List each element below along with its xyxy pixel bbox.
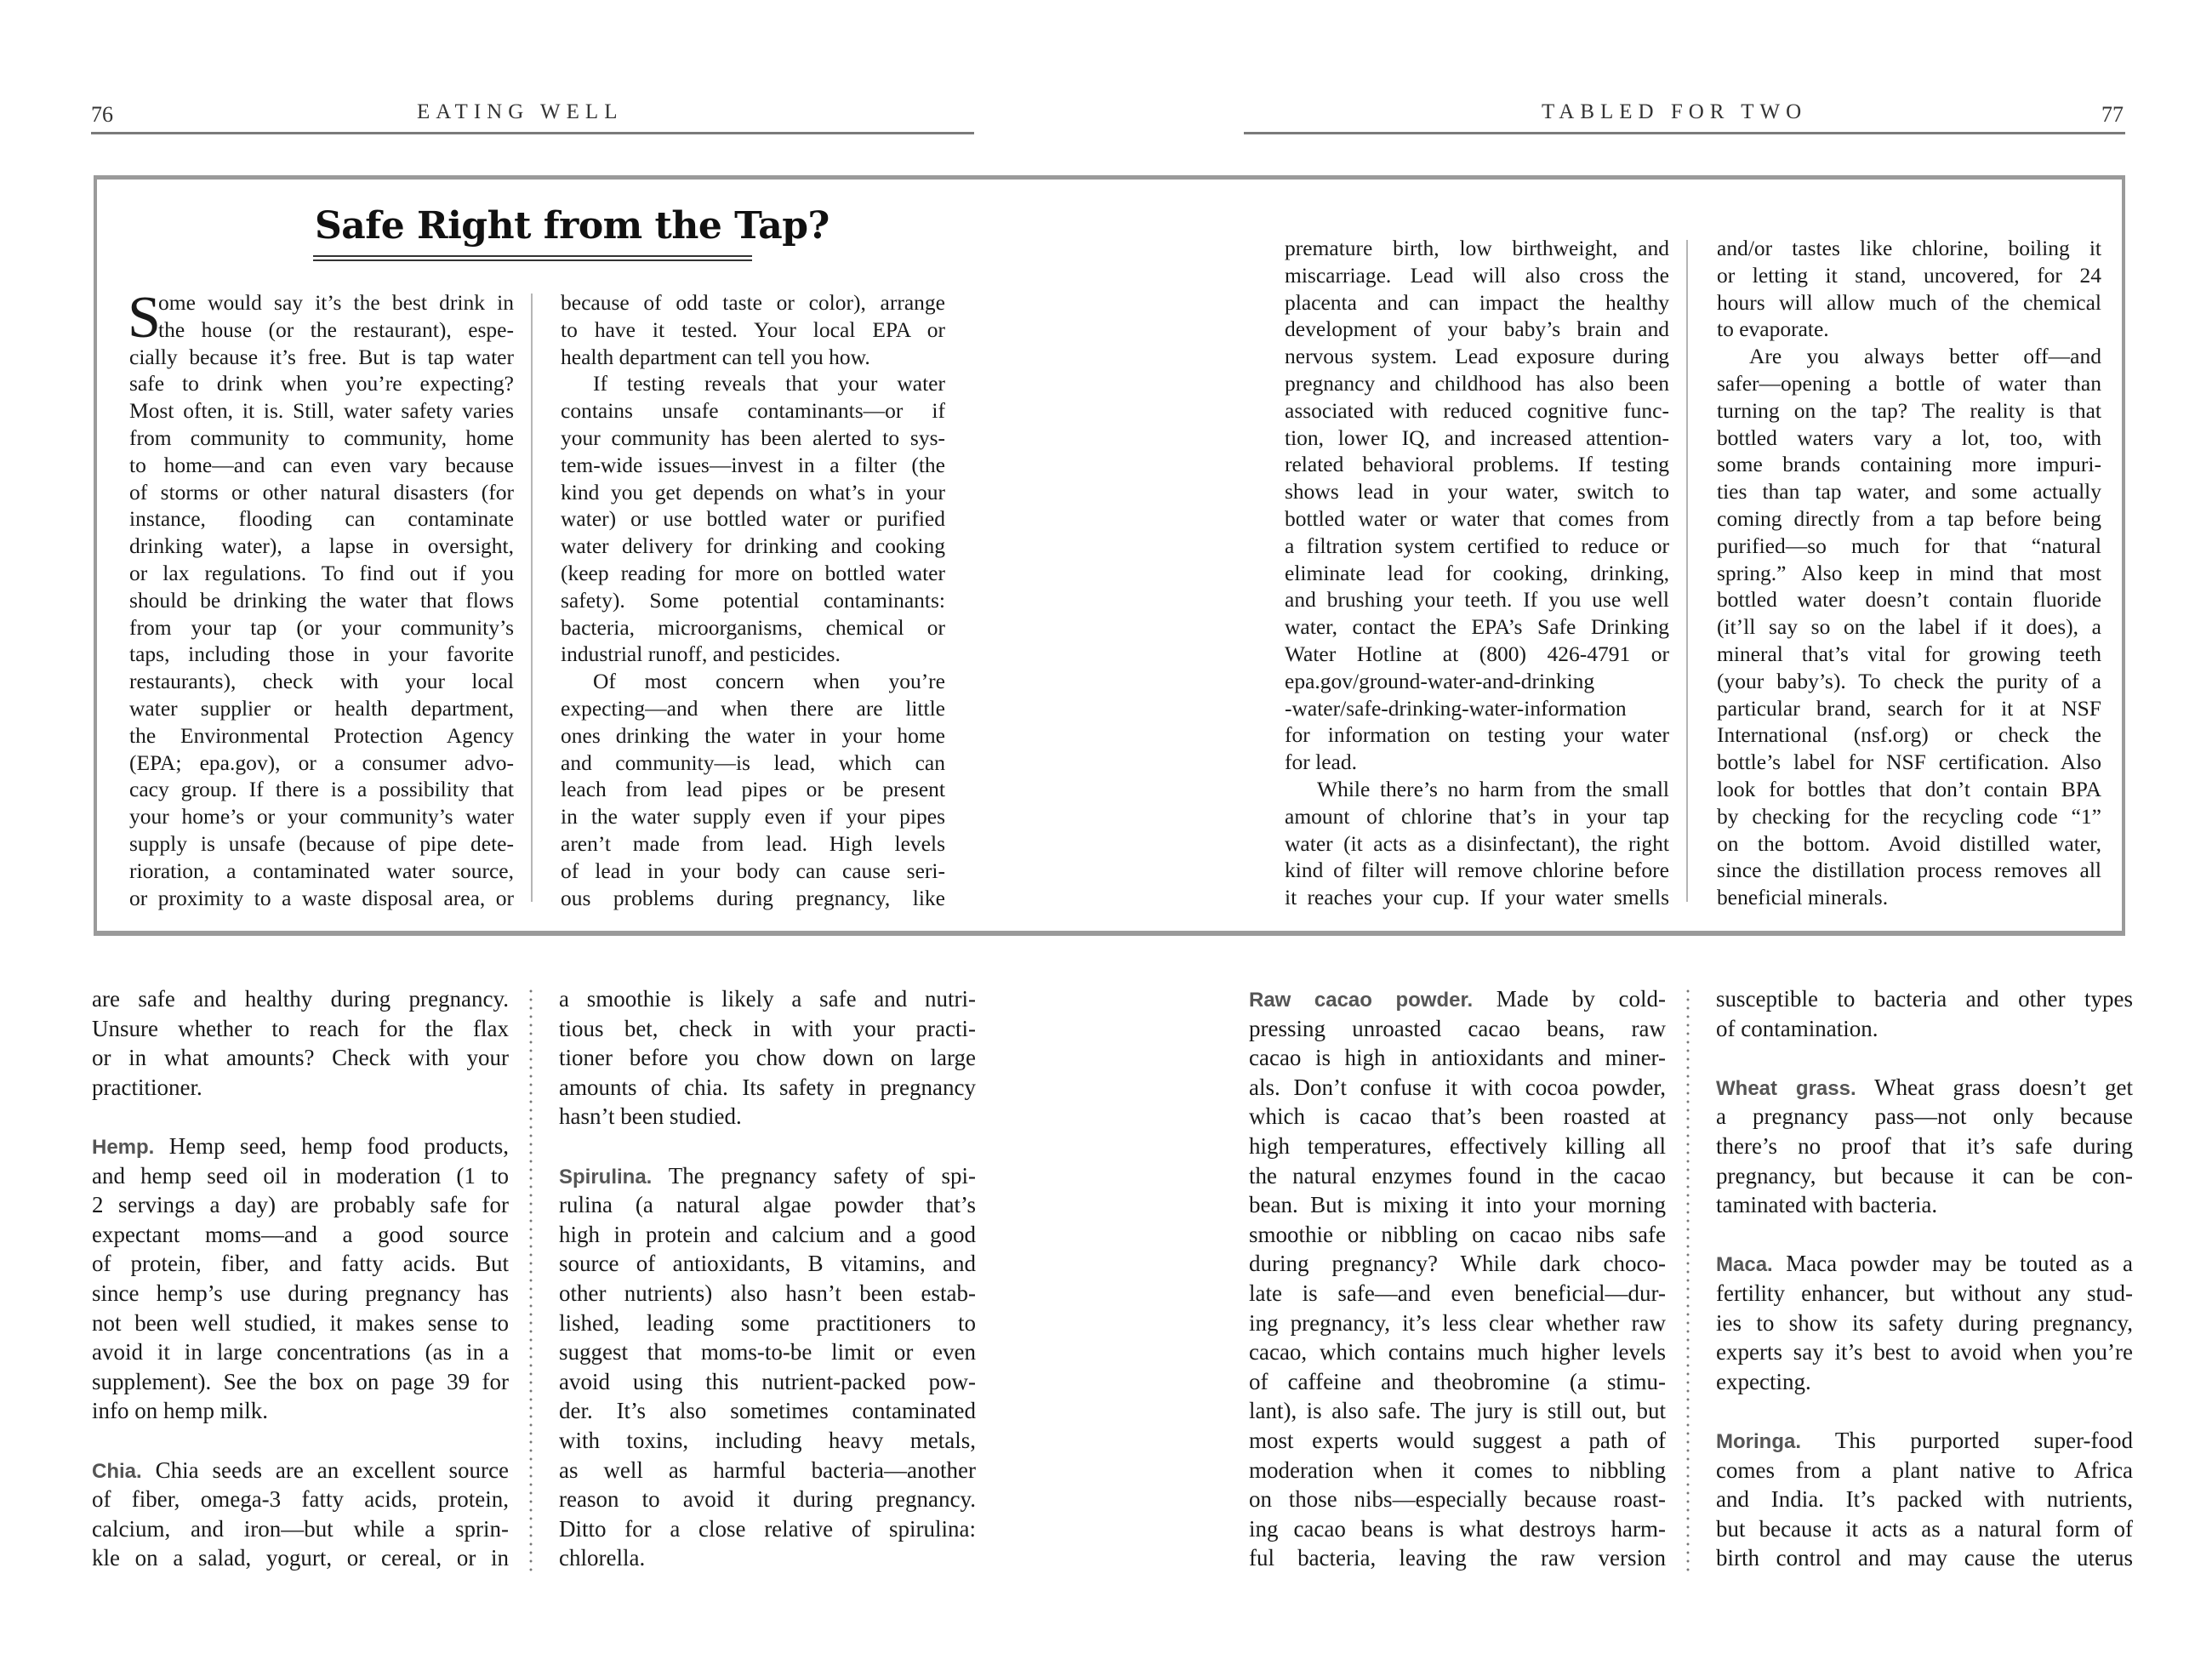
text-line: coming directly from a tap before being <box>1717 505 2101 533</box>
text-line: tious bet, check in with your practi- <box>559 1014 976 1044</box>
text-line: should be drinking the water that flows <box>129 587 514 614</box>
text-line: ties than tap water, and some actually <box>1717 478 2101 505</box>
text-line: particular brand, search for it at NSF <box>1717 695 2101 722</box>
sidebar-title: Safe Right from the Tap? <box>315 204 829 248</box>
text-line: safer—opening a bottle of water than <box>1717 370 2101 397</box>
text-line: or proximity to a waste disposal area, o… <box>129 885 514 912</box>
main-column-1: are safe and healthy during pregnancy.Un… <box>92 984 509 1573</box>
text-line: epa.gov/ground-water-and-drinking <box>1285 668 1669 695</box>
text-line: bottled water or water that comes from <box>1285 505 1669 533</box>
text-line: since hemp’s use during pregnancy has <box>92 1279 509 1308</box>
text-line: calcium, and iron—but while a sprin- <box>92 1514 509 1544</box>
text-line: contains unsafe contaminants—or if <box>561 397 945 425</box>
entry-text: Hemp seed, hemp food products, <box>154 1133 509 1159</box>
text-line: of lead in your body can cause seri- <box>561 858 945 885</box>
text-line: from your tap (or your community’s <box>129 614 514 641</box>
text-line: water delivery for drinking and cooking <box>561 533 945 560</box>
dotted-column-separator <box>1686 987 1690 1574</box>
text-line: kind you get depends on what’s in your <box>561 479 945 506</box>
text-line: to home—and can even vary because <box>129 452 514 479</box>
text-line: hours will allow much of the chemical <box>1717 289 2101 316</box>
text-line: water supplier or health department, <box>129 695 514 722</box>
text-line: for lead. <box>1285 749 1669 776</box>
text-line: because of odd taste or color), arrange <box>561 289 945 316</box>
text-line: related behavioral problems. If testing <box>1285 451 1669 478</box>
text-line: smoothie or nibbling on cacao nibs safe <box>1249 1220 1666 1250</box>
text-line: Chia. Chia seeds are an excellent source <box>92 1456 509 1485</box>
text-line: While there’s no harm from the small <box>1285 776 1669 803</box>
text-line: bottled water doesn’t contain fluoride <box>1717 586 2101 613</box>
text-line: expectant moms—and a good source <box>92 1220 509 1250</box>
text-line: practitioner. <box>92 1073 509 1103</box>
text-line: (EPA; epa.gov), or a consumer advo- <box>129 750 514 777</box>
text-line: some brands containing more impuri- <box>1717 451 2101 478</box>
text-line: and community—is lead, which can <box>561 750 945 777</box>
text-line: miscarriage. Lead will also cross the <box>1285 262 1669 289</box>
text-line: Most often, it is. Still, water safety v… <box>129 397 514 425</box>
text-line: hasn’t been studied. <box>559 1102 976 1132</box>
text-line: water, contact the EPA’s Safe Drinking <box>1285 613 1669 641</box>
text-line: taps, including those in your favorite <box>129 641 514 668</box>
text-line: als. Don’t confuse it with cocoa powder, <box>1249 1073 1666 1103</box>
text-line: and India. It’s packed with nutrients, <box>1716 1485 2133 1514</box>
text-line: 2 servings a day) are probably safe for <box>92 1190 509 1220</box>
text-line: Are you always better off—and <box>1717 343 2101 370</box>
text-line: Of most concern when you’re <box>561 668 945 695</box>
entry-text: Maca powder may be touted as a <box>1773 1251 2133 1276</box>
entry-keyword: Chia. <box>92 1460 142 1483</box>
text-line: leach from lead pipes or be present <box>561 776 945 803</box>
text-line: of caffeine and theobromine (a stimu- <box>1249 1367 1666 1397</box>
text-line: (it’ll say so on the label if it does), … <box>1717 613 2101 641</box>
text-line: your home’s or your community’s water <box>129 803 514 830</box>
text-line: supplement). See the box on page 39 for <box>92 1367 509 1397</box>
text-line: spring.” Also keep in mind that most <box>1717 560 2101 587</box>
entry-keyword: Raw cacao powder. <box>1249 989 1473 1012</box>
text-line: tion, lower IQ, and increased attention- <box>1285 425 1669 452</box>
text-line: the house (or the restaurant), espe- <box>129 316 514 344</box>
left-header-rule <box>91 132 974 134</box>
entry-keyword: Maca. <box>1716 1253 1773 1276</box>
text-line: which is cacao that’s been roasted at <box>1249 1102 1666 1132</box>
text-line: there’s no proof that it’s safe during <box>1716 1132 2133 1161</box>
text-line: for information on testing your water <box>1285 721 1669 749</box>
text-line: purified—so much for that “natural <box>1717 533 2101 560</box>
text-line: with toxins, including heavy metals, <box>559 1426 976 1456</box>
text-line: Wheat grass. Wheat grass doesn’t get <box>1716 1073 2133 1103</box>
text-line: ome would say it’s the best drink in <box>129 289 514 316</box>
text-line: it reaches your cup. If your water smell… <box>1285 884 1669 911</box>
text-line: amounts of chia. Its safety in pregnancy <box>559 1073 976 1103</box>
text-line: during pregnancy? While dark choco- <box>1249 1249 1666 1279</box>
text-line: ones drinking the water in your home <box>561 722 945 750</box>
paragraph-gap <box>1716 1043 2133 1073</box>
sidebar-column-3: premature birth, low birthweight, andmis… <box>1285 235 1669 911</box>
text-line: supply is unsafe (because of pipe dete- <box>129 830 514 858</box>
entry-keyword: Spirulina. <box>559 1166 652 1189</box>
text-line: or in what amounts? Check with your <box>92 1043 509 1073</box>
text-line: your community has been alerted to sys- <box>561 425 945 452</box>
text-line: pressing unroasted cacao beans, raw <box>1249 1014 1666 1044</box>
text-line: water (it acts as a disinfectant), the r… <box>1285 830 1669 858</box>
text-line: of protein, fiber, and fatty acids. But <box>92 1249 509 1279</box>
text-line: aren’t made from lead. High levels <box>561 830 945 858</box>
text-line: eliminate lead for cooking, drinking, <box>1285 560 1669 587</box>
text-line: but because it acts as a natural form of <box>1716 1514 2133 1544</box>
text-line: Moringa. This purported super-food <box>1716 1426 2133 1456</box>
text-line: and brushing your teeth. If you use well <box>1285 586 1669 613</box>
text-line: other nutrients) also hasn’t been estab- <box>559 1279 976 1308</box>
drop-cap: S <box>128 293 161 344</box>
text-line: cacy group. If there is a possibility th… <box>129 776 514 803</box>
text-line: cially because it’s free. But is tap wat… <box>129 344 514 371</box>
entry-keyword: Wheat grass. <box>1716 1077 1856 1100</box>
text-line: a filtration system certified to reduce … <box>1285 533 1669 560</box>
text-line: susceptible to bacteria and other types <box>1716 984 2133 1014</box>
text-line: of storms or other natural disasters (fo… <box>129 479 514 506</box>
text-line: kind of filter will remove chlorine befo… <box>1285 857 1669 884</box>
text-line: rulina (a natural algae powder that’s <box>559 1190 976 1220</box>
text-line: development of your baby’s brain and <box>1285 316 1669 343</box>
text-line: der. It’s also sometimes contaminated <box>559 1396 976 1426</box>
text-line: mineral that’s vital for growing teeth <box>1717 641 2101 668</box>
text-line: the natural enzymes found in the cacao <box>1249 1161 1666 1191</box>
sidebar-column-4: and/or tastes like chlorine, boiling ito… <box>1717 235 2101 911</box>
text-line: (your baby’s). To check the purity of a <box>1717 668 2101 695</box>
text-line: nervous system. Lead exposure during <box>1285 343 1669 370</box>
text-line: in the water supply even if your pipes <box>561 803 945 830</box>
entry-text: Wheat grass doesn’t get <box>1856 1075 2133 1100</box>
text-line: comes from a plant native to Africa <box>1716 1456 2133 1485</box>
text-line: ing pregnancy, it’s less clear whether r… <box>1249 1308 1666 1338</box>
text-line: pregnancy, but because it can be con- <box>1716 1161 2133 1191</box>
text-line: of fiber, omega-3 fatty acids, protein, <box>92 1485 509 1514</box>
text-line: instance, flooding can contaminate <box>129 505 514 533</box>
text-line: cacao, which contains much higher levels <box>1249 1337 1666 1367</box>
text-line: Hemp. Hemp seed, hemp food products, <box>92 1132 509 1161</box>
sidebar-column-separator <box>1686 240 1688 902</box>
main-column-2: a smoothie is likely a safe and nutri-ti… <box>559 984 976 1573</box>
text-line: high in protein and calcium and a good <box>559 1220 976 1250</box>
paragraph-gap <box>559 1132 976 1161</box>
text-line: premature birth, low birthweight, and <box>1285 235 1669 262</box>
text-line: since the distillation process removes a… <box>1717 857 2101 884</box>
text-line: tem-wide issues—invest in a filter (the <box>561 452 945 479</box>
text-line: expecting—and when there are little <box>561 695 945 722</box>
left-running-head: EATING WELL <box>417 100 623 124</box>
text-line: If testing reveals that your water <box>561 370 945 397</box>
text-line: cacao is high in antioxidants and miner- <box>1249 1043 1666 1073</box>
entry-text: This purported super-food <box>1801 1428 2133 1453</box>
text-line: expecting. <box>1716 1367 2133 1397</box>
text-line: ful bacteria, leaving the raw version <box>1249 1543 1666 1573</box>
left-page-number: 76 <box>91 102 113 128</box>
text-line: moderation when it comes to nibbling <box>1249 1456 1666 1485</box>
text-line: info on hemp milk. <box>92 1396 509 1426</box>
text-line: fertility enhancer, but without any stud… <box>1716 1279 2133 1308</box>
text-line: birth control and may cause the uterus <box>1716 1543 2133 1573</box>
text-line: or lax regulations. To find out if you <box>129 560 514 587</box>
text-line: the Environmental Protection Agency <box>129 722 514 750</box>
text-line: kle on a salad, yogurt, or cereal, or in <box>92 1543 509 1573</box>
text-line: bottle’s label for NSF certification. Al… <box>1717 749 2101 776</box>
text-line: by checking for the recycling code “1” <box>1717 803 2101 830</box>
entry-text: Made by cold- <box>1473 986 1666 1012</box>
text-line: bean. But is mixing it into your morning <box>1249 1190 1666 1220</box>
text-line: on the bottom. Avoid distilled water, <box>1717 830 2101 858</box>
main-column-4: susceptible to bacteria and other typeso… <box>1716 984 2133 1573</box>
text-line: avoid it in large concentrations (as in … <box>92 1337 509 1367</box>
text-line: health department can tell you how. <box>561 344 945 371</box>
text-line: late is safe—and even beneficial—dur- <box>1249 1279 1666 1308</box>
right-page-number: 77 <box>2101 102 2124 128</box>
text-line: Unsure whether to reach for the flax <box>92 1014 509 1044</box>
sidebar-column-separator <box>531 294 533 902</box>
paragraph-gap <box>1716 1396 2133 1426</box>
text-line: amount of chlorine that’s in your tap <box>1285 803 1669 830</box>
text-line: rioration, a contaminated water source, <box>129 858 514 885</box>
text-line: look for bottles that don’t contain BPA <box>1717 776 2101 803</box>
text-line: most experts would suggest a path of <box>1249 1426 1666 1456</box>
text-line: drinking water), a lapse in oversight, <box>129 533 514 560</box>
text-line: a smoothie is likely a safe and nutri- <box>559 984 976 1014</box>
paragraph-gap <box>1716 1220 2133 1250</box>
text-line: shows lead in your water, switch to <box>1285 478 1669 505</box>
text-line: and hemp seed oil in moderation (1 to <box>92 1161 509 1191</box>
main-column-3: Raw cacao powder. Made by cold-pressing … <box>1249 984 1666 1573</box>
text-line: to have it tested. Your local EPA or <box>561 316 945 344</box>
text-line: -water/safe-drinking-water-information <box>1285 695 1669 722</box>
text-line: of contamination. <box>1716 1014 2133 1044</box>
text-line: Ditto for a close relative of spirulina: <box>559 1514 976 1544</box>
text-line: avoid using this nutrient-packed pow- <box>559 1367 976 1397</box>
text-line: Raw cacao powder. Made by cold- <box>1249 984 1666 1014</box>
text-line: turning on the tap? The reality is that <box>1717 397 2101 425</box>
text-line: bacteria, microorganisms, chemical or <box>561 614 945 641</box>
text-line: a pregnancy pass—not only because <box>1716 1102 2133 1132</box>
text-line: are safe and healthy during pregnancy. <box>92 984 509 1014</box>
text-line: ies to show its safety during pregnancy, <box>1716 1308 2133 1338</box>
text-line: suggest that moms-to-be limit or even <box>559 1337 976 1367</box>
text-line: safety). Some potential contaminants: <box>561 587 945 614</box>
text-line: reason to avoid it during pregnancy. <box>559 1485 976 1514</box>
text-line: placenta and can impact the healthy <box>1285 289 1669 316</box>
text-line: high temperatures, effectively killing a… <box>1249 1132 1666 1161</box>
text-line: on those nibs—especially because roast- <box>1249 1485 1666 1514</box>
right-header-rule <box>1244 132 2125 134</box>
text-line: source of antioxidants, B vitamins, and <box>559 1249 976 1279</box>
text-line: experts say it’s best to avoid when you’… <box>1716 1337 2133 1367</box>
entry-keyword: Moringa. <box>1716 1430 1801 1453</box>
text-line: water) or use bottled water or purified <box>561 505 945 533</box>
dotted-column-separator <box>529 987 533 1574</box>
text-line: lant), is also safe. The jury is still o… <box>1249 1396 1666 1426</box>
text-line: Maca. Maca powder may be touted as a <box>1716 1249 2133 1279</box>
sidebar-column-2: because of odd taste or color), arranget… <box>561 289 945 911</box>
text-line: safe to drink when you’re expecting? <box>129 370 514 397</box>
text-line: industrial runoff, and pesticides. <box>561 641 945 668</box>
text-line: ing cacao beans is what destroys harm- <box>1249 1514 1666 1544</box>
entry-keyword: Hemp. <box>92 1136 154 1159</box>
text-line: bottled waters vary a lot, too, with <box>1717 425 2101 452</box>
text-line: not been well studied, it makes sense to <box>92 1308 509 1338</box>
text-line: lished, leading some practitioners to <box>559 1308 976 1338</box>
text-line: associated with reduced cognitive func- <box>1285 397 1669 425</box>
text-line: Water Hotline at (800) 426-4791 or <box>1285 641 1669 668</box>
text-line: pregnancy and childhood has also been <box>1285 370 1669 397</box>
text-line: International (nsf.org) or check the <box>1717 721 2101 749</box>
text-line: and/or tastes like chlorine, boiling it <box>1717 235 2101 262</box>
paragraph-gap <box>92 1426 509 1456</box>
text-line: from community to community, home <box>129 425 514 452</box>
text-line: to evaporate. <box>1717 316 2101 343</box>
text-line: restaurants), check with your local <box>129 668 514 695</box>
sidebar-column-1: S ome would say it’s the best drink inth… <box>129 289 514 911</box>
text-line: (keep reading for more on bottled water <box>561 560 945 587</box>
text-line: as well as harmful bacteria—another <box>559 1456 976 1485</box>
entry-text: Chia seeds are an excellent source <box>142 1457 509 1483</box>
right-running-head: TABLED FOR TWO <box>1542 100 1807 124</box>
sidebar-title-rule <box>313 255 752 261</box>
text-line: beneficial minerals. <box>1717 884 2101 911</box>
text-line: tioner before you chow down on large <box>559 1043 976 1073</box>
paragraph-gap <box>92 1102 509 1132</box>
text-line: chlorella. <box>559 1543 976 1573</box>
entry-text: The pregnancy safety of spi- <box>652 1163 976 1189</box>
text-line: ous problems during pregnancy, like <box>561 885 945 912</box>
text-line: taminated with bacteria. <box>1716 1190 2133 1220</box>
text-line: or letting it stand, uncovered, for 24 <box>1717 262 2101 289</box>
text-line: Spirulina. The pregnancy safety of spi- <box>559 1161 976 1191</box>
